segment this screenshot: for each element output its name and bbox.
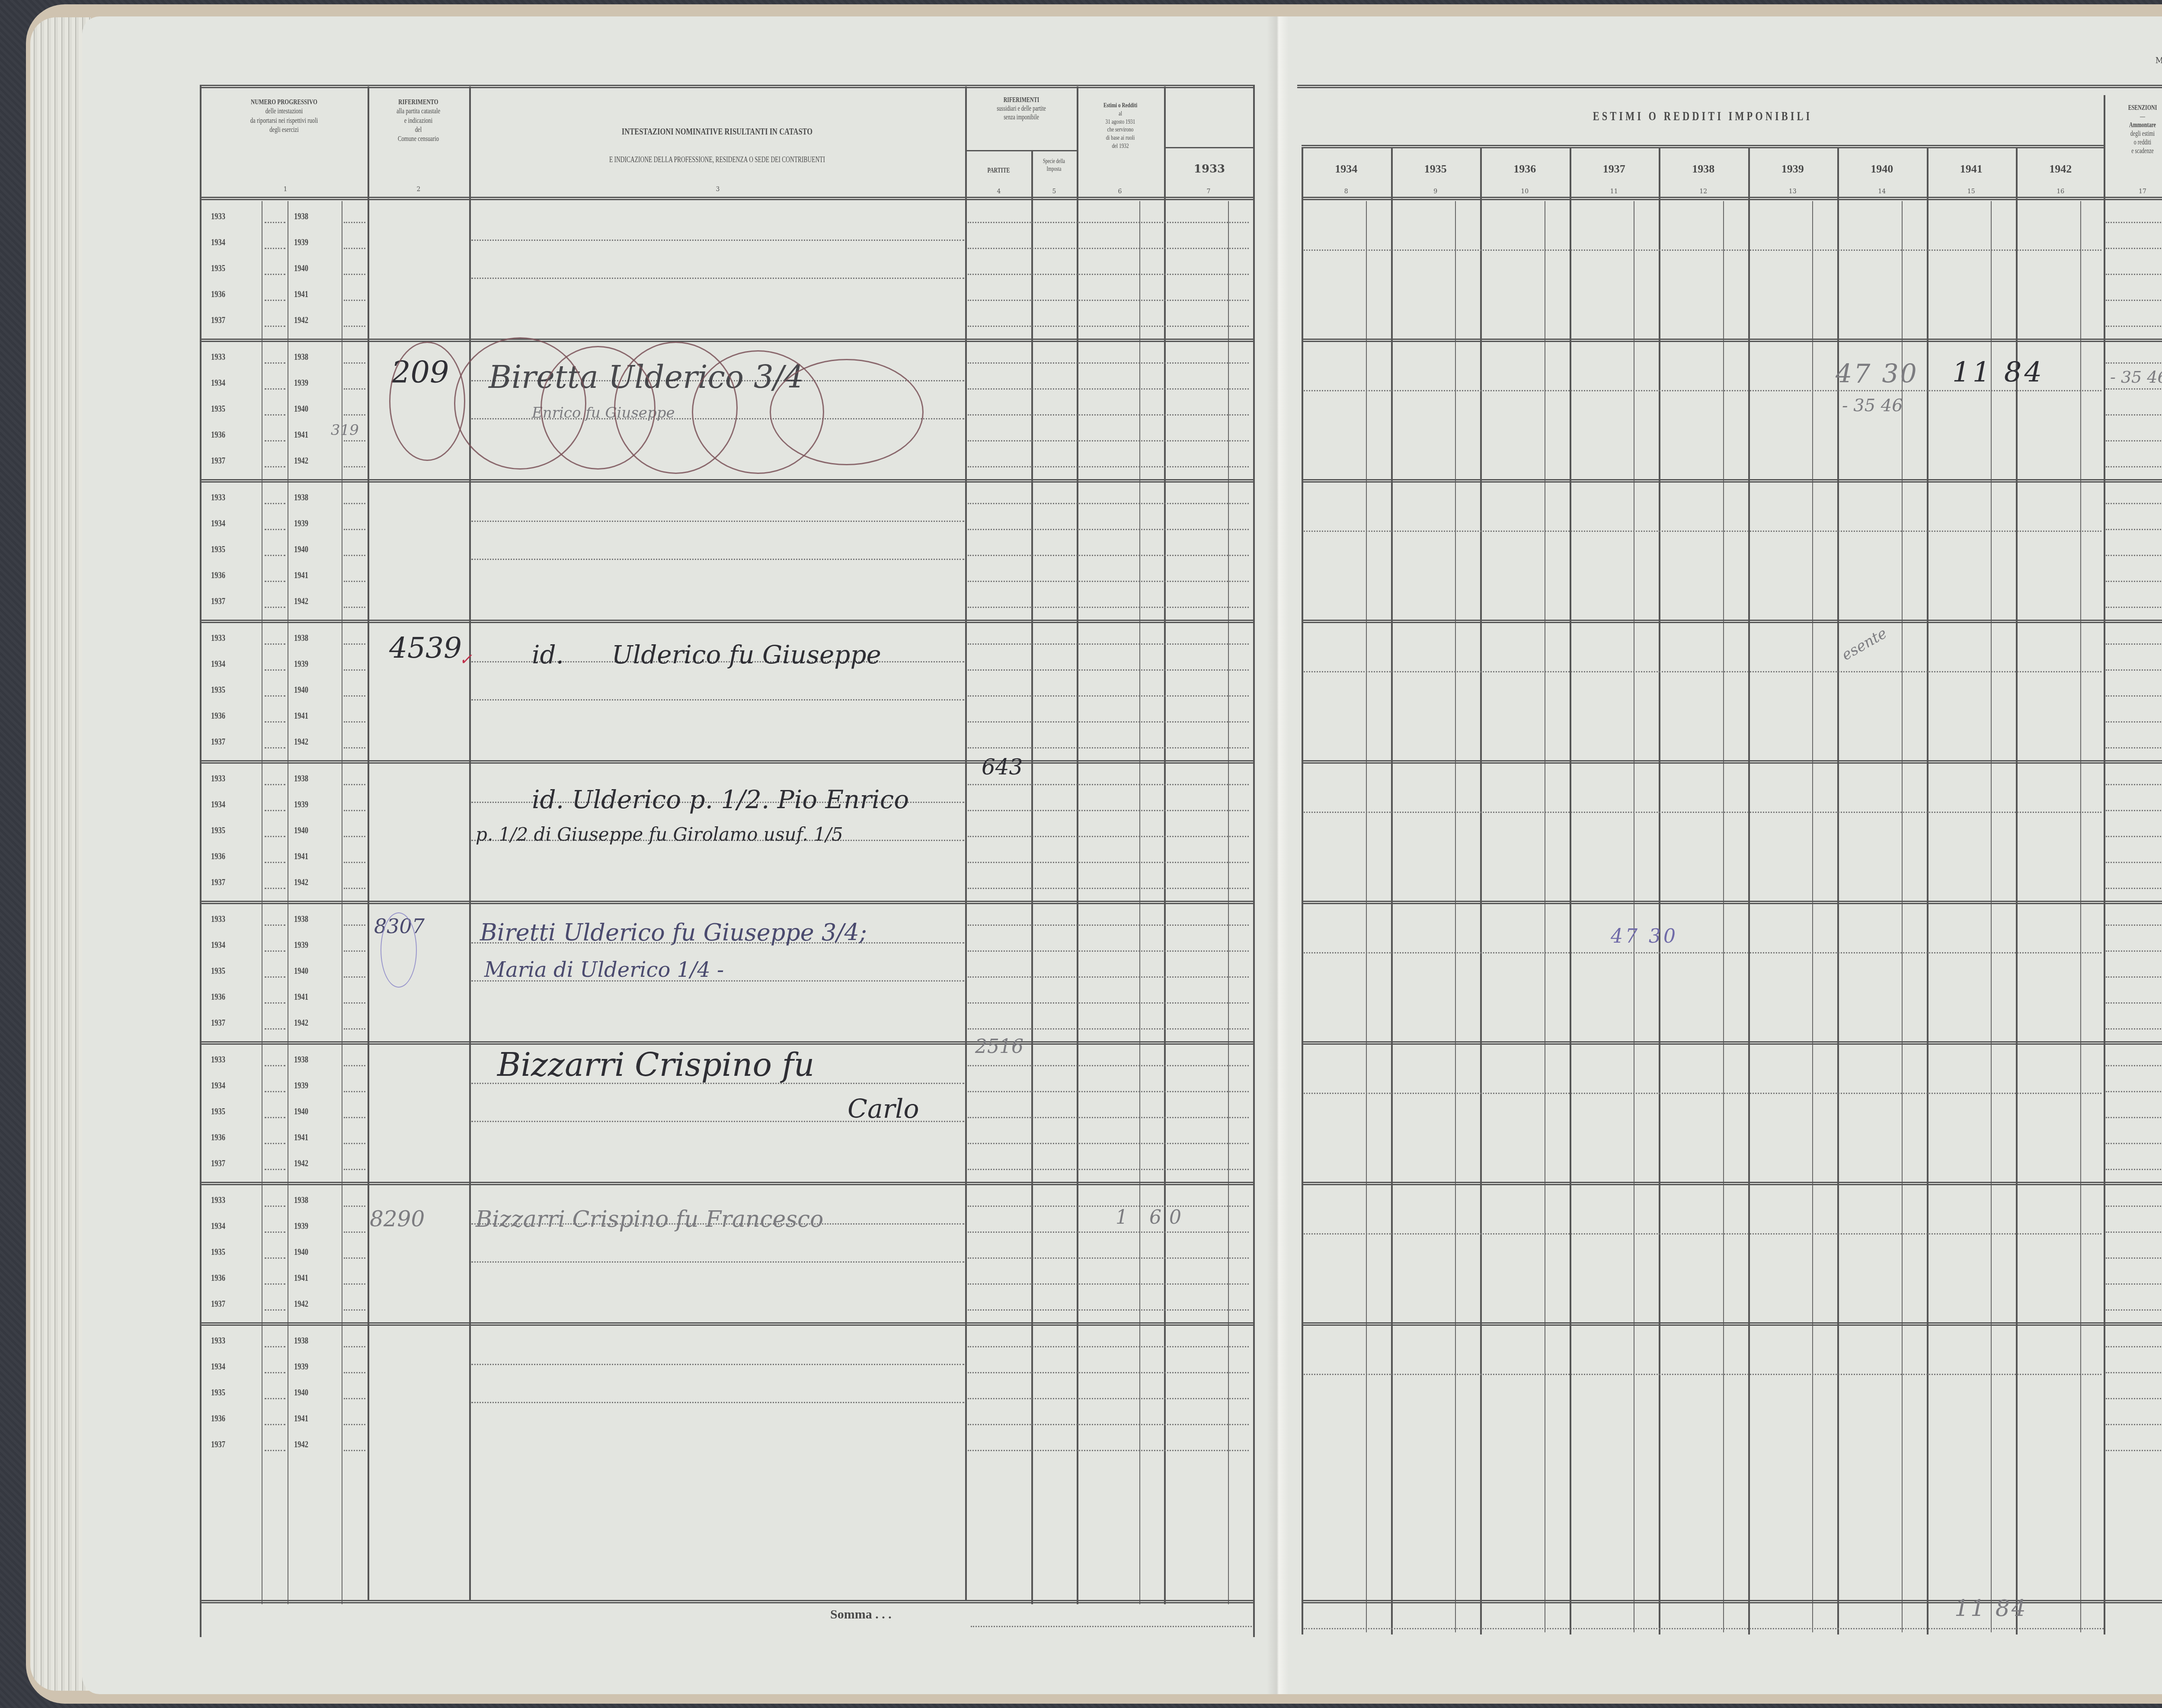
row-dotted-line — [265, 555, 285, 556]
row-year-a: 1936 — [211, 569, 225, 581]
row-dotted-line — [265, 1231, 285, 1233]
col6-header: Estimi o Redditi al 31 agosto 1931 che s… — [1087, 102, 1153, 150]
row-dotted-line — [344, 721, 365, 723]
block-separator — [200, 1182, 1255, 1185]
row-dotted-line — [265, 836, 285, 837]
row-year-b: 1942 — [294, 1017, 308, 1028]
entry-2-partita-margin: 319 — [331, 422, 359, 439]
row-dotted-line — [344, 810, 365, 811]
sum-line — [1304, 1628, 2104, 1629]
row-dotted-line — [2106, 976, 2162, 978]
row-dotted-line — [344, 862, 365, 863]
name-line — [471, 1364, 964, 1365]
row-dotted-line — [265, 862, 285, 863]
row-year-a: 1933 — [211, 1335, 225, 1346]
year-column-divider — [1570, 147, 1571, 1634]
row-dotted-line — [968, 1424, 1249, 1425]
row-dotted-line — [2106, 950, 2162, 952]
entry-2-esenzione: - 35 46 — [2110, 368, 2162, 387]
row-dotted-line — [968, 695, 1249, 697]
year-column-number: 12 — [1695, 188, 1712, 195]
row-dotted-line — [968, 1372, 1249, 1373]
row-year-a: 1937 — [211, 736, 225, 747]
row-dotted-line — [968, 1257, 1249, 1259]
row-dotted-line — [2106, 222, 2162, 223]
row-dotted-line — [968, 721, 1249, 723]
row-year-a: 1937 — [211, 595, 225, 607]
row-dotted-line — [2106, 503, 2162, 504]
row-dotted-line — [265, 924, 285, 926]
cents-divider — [2080, 201, 2081, 1632]
row-dotted-line — [968, 300, 1249, 301]
row-dotted-line — [968, 529, 1249, 530]
row-dotted-line — [2106, 466, 2162, 467]
cents-divider — [1902, 201, 1903, 1632]
row-dotted-line — [968, 1309, 1249, 1311]
row-year-b: 1941 — [294, 1132, 308, 1143]
row-dotted-line — [344, 888, 365, 889]
entry-5-partite: 643 — [982, 755, 1023, 780]
row-dotted-line — [968, 1346, 1249, 1347]
col7-number: 7 — [1200, 188, 1217, 195]
row-dotted-line — [265, 388, 285, 390]
entry-4-name: id. Ulderico fu Giuseppe — [532, 640, 881, 669]
row-dotted-line — [968, 747, 1249, 748]
row-dotted-line — [344, 1346, 365, 1347]
row-dotted-line — [265, 440, 285, 441]
row-year-a: 1934 — [211, 1220, 225, 1231]
block-separator — [1302, 479, 2162, 483]
entry-6-1937-value: 47 30 — [1611, 925, 1678, 947]
row-dotted-line — [344, 503, 365, 504]
row-dotted-line — [265, 222, 285, 223]
row-year-a: 1935 — [211, 965, 225, 976]
row-year-a: 1937 — [211, 1158, 225, 1169]
row-dotted-line — [265, 695, 285, 697]
row-year-a: 1937 — [211, 314, 225, 326]
block-separator — [1302, 1322, 2162, 1326]
row-dotted-line — [2106, 695, 2162, 697]
block-separator — [200, 901, 1255, 904]
row-dotted-line — [968, 1283, 1249, 1285]
row-year-b: 1942 — [294, 1158, 308, 1169]
cents-divider — [1812, 201, 1813, 1632]
row-dotted-line — [968, 669, 1249, 671]
row-dotted-line — [2106, 1091, 2162, 1092]
row-dotted-line — [2106, 862, 2162, 863]
row-dotted-line — [265, 1424, 285, 1425]
row-year-b: 1938 — [294, 1335, 308, 1346]
row-dotted-line — [344, 643, 365, 645]
row-dotted-line — [968, 1091, 1249, 1092]
row-year-b: 1939 — [294, 939, 308, 950]
block-separator — [1302, 620, 2162, 623]
row-dotted-line — [344, 300, 365, 301]
col4-header: PARTITE — [973, 166, 1023, 175]
row-year-a: 1937 — [211, 1439, 225, 1450]
row-dotted-line — [265, 362, 285, 364]
name-line — [471, 1402, 964, 1403]
row-year-b: 1939 — [294, 1080, 308, 1091]
row-dotted-line — [344, 555, 365, 556]
row-year-b: 1942 — [294, 876, 308, 888]
row-dotted-line — [344, 976, 365, 978]
row-dotted-line — [968, 888, 1249, 889]
row-dotted-line — [2106, 529, 2162, 530]
row-year-b: 1938 — [294, 632, 308, 643]
row-dotted-line — [265, 466, 285, 467]
row-dotted-line — [2106, 300, 2162, 301]
row-year-b: 1938 — [294, 913, 308, 924]
row-year-b: 1942 — [294, 736, 308, 747]
row-dotted-line — [344, 1091, 365, 1092]
row-dotted-line — [344, 1143, 365, 1144]
entry-8-name: Bizzarri Crispino fu Francesco — [476, 1206, 823, 1232]
row-dotted-line — [344, 1372, 365, 1373]
year-header-1938: 1938 — [1659, 162, 1748, 176]
estimi-group-title: ESTIMI O REDDITI IMPONIBILI — [1402, 108, 2003, 125]
row-dotted-line — [344, 1206, 365, 1207]
row-dotted-line — [2106, 1424, 2162, 1425]
row-dotted-line — [344, 222, 365, 223]
row-dotted-line — [265, 1450, 285, 1451]
row-dotted-line — [968, 1231, 1249, 1233]
cents-divider — [1634, 201, 1634, 1632]
page-stack-left — [30, 17, 91, 1691]
year-header-1941: 1941 — [1927, 162, 2016, 176]
row-dotted-line — [265, 669, 285, 671]
row-dotted-line — [968, 950, 1249, 952]
name-line — [471, 278, 964, 279]
row-dotted-line — [1304, 1233, 2101, 1235]
name-line — [471, 1261, 964, 1263]
row-dotted-line — [265, 1257, 285, 1259]
row-dotted-line — [265, 1065, 285, 1066]
row-year-a: 1934 — [211, 658, 225, 669]
row-dotted-line — [2106, 555, 2162, 556]
row-dotted-line — [265, 1206, 285, 1207]
row-dotted-line — [344, 1028, 365, 1030]
row-dotted-line — [2106, 836, 2162, 837]
row-dotted-line — [265, 1002, 285, 1004]
col1-header: NUMERO PROGRESSIVO delle intestazioni da… — [221, 97, 348, 134]
col17-header: ESENZIONI — Ammontare degli estimi o red… — [2114, 104, 2162, 156]
row-year-a: 1934 — [211, 237, 225, 248]
row-year-a: 1935 — [211, 1246, 225, 1257]
row-dotted-line — [344, 466, 365, 467]
row-year-b: 1939 — [294, 799, 308, 810]
entry-6-name-line1: Biretti Ulderico fu Giuseppe 3/4; — [480, 919, 867, 946]
entry-6-name-line2: Maria di Ulderico 1/4 - — [484, 958, 724, 982]
row-year-a: 1936 — [211, 1132, 225, 1143]
row-dotted-line — [265, 810, 285, 811]
row-year-a: 1936 — [211, 851, 225, 862]
row-year-b: 1938 — [294, 211, 308, 222]
row-dotted-line — [968, 1206, 1249, 1207]
sum-1941-value: 11 84 — [1954, 1596, 2028, 1622]
row-dotted-line — [265, 1309, 285, 1311]
cancellation-scribble — [770, 359, 924, 465]
row-dotted-line — [344, 1002, 365, 1004]
row-year-a: 1935 — [211, 262, 225, 274]
row-dotted-line — [2106, 1169, 2162, 1170]
row-dotted-line — [2106, 1346, 2162, 1347]
row-year-b: 1939 — [294, 1220, 308, 1231]
row-dotted-line — [968, 1450, 1249, 1451]
row-dotted-line — [344, 362, 365, 364]
book-gutter — [1267, 16, 1289, 1694]
row-dotted-line — [968, 440, 1249, 441]
row-year-b: 1938 — [294, 492, 308, 503]
row-year-b: 1938 — [294, 1054, 308, 1065]
row-dotted-line — [265, 529, 285, 530]
year-header-1939: 1939 — [1748, 162, 1838, 176]
row-dotted-line — [968, 1028, 1249, 1030]
row-year-a: 1936 — [211, 1413, 225, 1424]
row-dotted-line — [968, 1002, 1249, 1004]
row-dotted-line — [968, 581, 1249, 582]
row-dotted-line — [265, 274, 285, 275]
block-separator — [1302, 1182, 2162, 1185]
block-separator — [200, 339, 1255, 342]
cents-divider — [1366, 201, 1367, 1632]
row-dotted-line — [344, 248, 365, 249]
entry-7-partite: 2516 — [975, 1036, 1023, 1058]
year-column-number: 11 — [1606, 188, 1623, 195]
year-column-divider — [1480, 147, 1482, 1634]
row-dotted-line — [2106, 388, 2162, 390]
check-mark-icon: ✓ — [459, 651, 472, 668]
col3-header: INTESTAZIONI NOMINATIVE RISULTANTI IN CA… — [531, 125, 903, 164]
row-year-a: 1934 — [211, 1080, 225, 1091]
row-year-b: 1939 — [294, 237, 308, 248]
row-dotted-line — [344, 1398, 365, 1399]
row-year-a: 1933 — [211, 492, 225, 503]
row-dotted-line — [968, 362, 1249, 364]
year-column-number: 14 — [1873, 188, 1890, 195]
block-separator — [1302, 760, 2162, 764]
block-separator — [200, 1041, 1255, 1045]
row-dotted-line — [344, 414, 365, 416]
row-dotted-line — [344, 836, 365, 837]
row-dotted-line — [1304, 1093, 2101, 1094]
row-dotted-line — [2106, 581, 2162, 582]
row-year-a: 1936 — [211, 1272, 225, 1283]
row-year-a: 1933 — [211, 351, 225, 362]
col3-number: 3 — [709, 186, 726, 193]
block-separator — [1302, 1041, 2162, 1045]
cents-divider — [1455, 201, 1456, 1632]
year-header-1935: 1935 — [1391, 162, 1481, 176]
row-dotted-line — [968, 976, 1249, 978]
row-dotted-line — [265, 976, 285, 978]
row-dotted-line — [2106, 643, 2162, 645]
row-dotted-line — [2106, 326, 2162, 327]
year-column-number: 9 — [1427, 188, 1444, 195]
row-dotted-line — [968, 862, 1249, 863]
entry-2-1941-value: 11 84 — [1952, 357, 2044, 389]
row-dotted-line — [344, 1424, 365, 1425]
cents-divider — [1545, 201, 1545, 1632]
row-dotted-line — [344, 529, 365, 530]
row-dotted-line — [2106, 1257, 2162, 1259]
row-year-b: 1939 — [294, 1361, 308, 1372]
row-dotted-line — [344, 669, 365, 671]
row-year-a: 1934 — [211, 1361, 225, 1372]
row-year-a: 1933 — [211, 773, 225, 784]
row-dotted-line — [2106, 440, 2162, 441]
row-dotted-line — [968, 1169, 1249, 1170]
entry-7-name-line2: Carlo — [848, 1094, 919, 1124]
row-dotted-line — [2106, 1143, 2162, 1144]
row-year-a: 1935 — [211, 1387, 225, 1398]
row-year-a: 1937 — [211, 455, 225, 466]
row-dotted-line — [265, 248, 285, 249]
cancellation-scribble — [381, 912, 417, 988]
row-dotted-line — [2106, 1398, 2162, 1399]
year-column-divider — [1391, 147, 1393, 1634]
row-year-b: 1942 — [294, 595, 308, 607]
row-dotted-line — [344, 1283, 365, 1285]
row-dotted-line — [2106, 1028, 2162, 1030]
row-year-b: 1940 — [294, 684, 308, 695]
row-dotted-line — [2106, 1231, 2162, 1233]
row-year-b: 1940 — [294, 1387, 308, 1398]
row-year-b: 1942 — [294, 1439, 308, 1450]
sum-label: Somma . . . — [830, 1606, 892, 1623]
entry-5-name-line2: p. 1/2 di Giuseppe fu Girolamo usuf. 1/5 — [476, 824, 843, 845]
row-dotted-line — [344, 581, 365, 582]
row-year-b: 1941 — [294, 569, 308, 581]
entry-5-name-line1: id. Ulderico p. 1/2. Pio Enrico — [532, 785, 909, 814]
row-dotted-line — [265, 747, 285, 748]
col2-number: 2 — [410, 186, 427, 193]
row-dotted-line — [2106, 784, 2162, 785]
row-dotted-line — [265, 1398, 285, 1399]
row-dotted-line — [265, 1143, 285, 1144]
col6-number: 6 — [1111, 188, 1129, 195]
row-dotted-line — [344, 1117, 365, 1118]
row-dotted-line — [2106, 607, 2162, 608]
name-line — [471, 240, 964, 241]
row-dotted-line — [968, 222, 1249, 223]
row-dotted-line — [968, 836, 1249, 837]
row-year-b: 1940 — [294, 1246, 308, 1257]
entry-8-estimi-1931: 1 60 — [1116, 1206, 1189, 1228]
row-dotted-line — [2106, 274, 2162, 275]
row-dotted-line — [344, 950, 365, 952]
block-separator — [200, 760, 1255, 764]
year-header-1937: 1937 — [1570, 162, 1659, 176]
row-dotted-line — [2106, 1372, 2162, 1373]
row-year-b: 1942 — [294, 314, 308, 326]
row-dotted-line — [968, 1398, 1249, 1399]
row-dotted-line — [265, 326, 285, 327]
table-bottom-rule — [200, 1600, 1255, 1603]
row-dotted-line — [2106, 362, 2162, 364]
row-year-b: 1939 — [294, 658, 308, 669]
row-year-b: 1940 — [294, 825, 308, 836]
year-column-divider — [1927, 147, 1929, 1634]
row-dotted-line — [968, 503, 1249, 504]
row-dotted-line — [265, 581, 285, 582]
row-dotted-line — [1304, 1374, 2101, 1375]
row-year-b: 1938 — [294, 773, 308, 784]
row-year-a: 1933 — [211, 913, 225, 924]
row-dotted-line — [265, 1117, 285, 1118]
row-dotted-line — [2106, 414, 2162, 416]
row-year-b: 1940 — [294, 262, 308, 274]
row-year-b: 1941 — [294, 1413, 308, 1424]
col17-number: 17 — [2134, 188, 2151, 195]
col7-header-1933: 1933 — [1164, 162, 1255, 176]
row-year-a: 1937 — [211, 1298, 225, 1309]
year-column-number: 10 — [1516, 188, 1533, 195]
cents-divider — [1723, 201, 1724, 1632]
block-separator — [1302, 901, 2162, 904]
row-dotted-line — [968, 810, 1249, 811]
row-year-a: 1937 — [211, 876, 225, 888]
year-column-number: 13 — [1784, 188, 1801, 195]
row-dotted-line — [344, 747, 365, 748]
year-header-1942: 1942 — [2016, 162, 2105, 176]
row-dotted-line — [265, 1028, 285, 1030]
col45-header: RIFERIMENTI sussidiari e delle partite s… — [979, 96, 1064, 122]
row-dotted-line — [265, 784, 285, 785]
col4-number: 4 — [990, 188, 1007, 195]
year-column-number: 8 — [1337, 188, 1355, 195]
row-dotted-line — [2106, 810, 2162, 811]
row-dotted-line — [968, 555, 1249, 556]
entry-2-1940-deduction: - 35 46 — [1842, 396, 1903, 416]
row-dotted-line — [265, 1091, 285, 1092]
row-year-a: 1935 — [211, 544, 225, 555]
block-separator — [200, 1322, 1255, 1326]
row-year-a: 1933 — [211, 211, 225, 222]
form-id: Mod. 111 - Imposte Dirette (Intercalare)… — [2110, 56, 2162, 66]
row-dotted-line — [2106, 924, 2162, 926]
row-dotted-line — [968, 607, 1249, 608]
name-line — [471, 699, 964, 700]
col1-number: 1 — [277, 186, 294, 193]
row-dotted-line — [344, 440, 365, 441]
row-dotted-line — [2106, 721, 2162, 723]
row-year-b: 1940 — [294, 403, 308, 414]
row-dotted-line — [968, 274, 1249, 275]
right-page — [1276, 16, 2162, 1694]
row-year-b: 1939 — [294, 377, 308, 388]
row-dotted-line — [265, 643, 285, 645]
row-dotted-line — [968, 388, 1249, 390]
row-dotted-line — [1304, 812, 2101, 813]
row-dotted-line — [2106, 1002, 2162, 1004]
row-year-a: 1935 — [211, 403, 225, 414]
row-dotted-line — [265, 950, 285, 952]
row-year-a: 1936 — [211, 288, 225, 300]
row-year-a: 1933 — [211, 632, 225, 643]
row-dotted-line — [344, 784, 365, 785]
row-dotted-line — [265, 300, 285, 301]
row-year-b: 1940 — [294, 544, 308, 555]
row-dotted-line — [968, 1065, 1249, 1066]
row-dotted-line — [344, 1257, 365, 1259]
row-dotted-line — [344, 1309, 365, 1311]
row-dotted-line — [2106, 888, 2162, 889]
sum-line — [971, 1626, 1252, 1627]
row-dotted-line — [344, 1065, 365, 1066]
row-year-a: 1935 — [211, 825, 225, 836]
entry-8-partita: 8290 — [370, 1206, 425, 1231]
